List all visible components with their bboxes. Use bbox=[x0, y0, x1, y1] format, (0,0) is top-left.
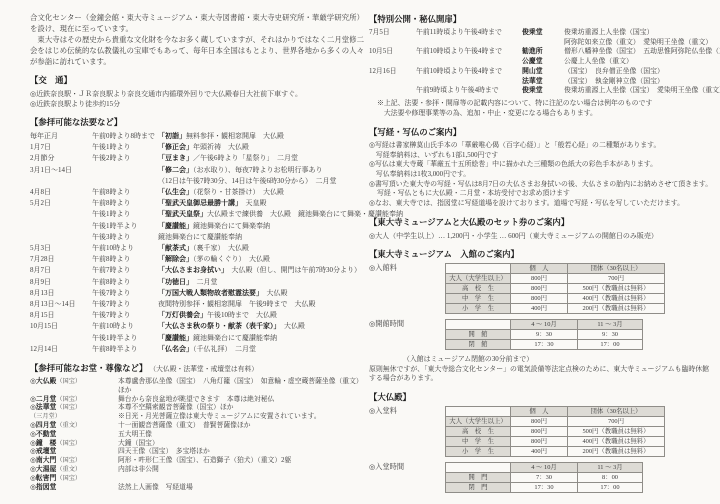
hall-grade: （国宝） bbox=[56, 440, 81, 447]
event-row: 7月28日 午前8時より 「解除会」（茅の輪くぐり） 大仏殿 bbox=[30, 254, 364, 265]
daibutsuden-fee-group: 400円（教職員は無料） bbox=[568, 437, 665, 447]
event-description: 「聖武天皇祭」大仏殿まで練供養 大仏殿 鏡池舞楽台にて舞楽・慶讃能奉納 bbox=[158, 209, 403, 220]
special-time bbox=[416, 38, 522, 48]
event-row: 5月3日 午前10時より 「献茶式」（裏千家） 大仏殿 bbox=[30, 243, 364, 254]
museum-fee-group: 200円（教職員は無料） bbox=[568, 303, 665, 313]
museum-notes: （入館はミュージアム閉館の30分前まで） 原則無休ですが、「東大寺総合文化センタ… bbox=[369, 355, 713, 384]
event-row: （12日は午後7時30分、14日は午後6時30分から） 二月堂 bbox=[30, 176, 364, 187]
event-date: 8月15日 bbox=[30, 310, 92, 321]
section-special-title: 【特別公開・秘仏開扉】 bbox=[369, 14, 713, 25]
special-time: 午前10時頃より午後4時まで bbox=[416, 47, 522, 57]
daibutsuden-hours-summer: 17：30 bbox=[511, 483, 578, 493]
event-name: 「万国大戦人類物故者慰霊法要」 bbox=[158, 289, 260, 297]
hall-name-text: ◎鐘 楼 bbox=[30, 440, 56, 447]
museum-fee-category: 小 学 生 bbox=[446, 303, 511, 313]
museum-fee-row: 小 学 生 400円 200円（教職員は無料） bbox=[446, 303, 665, 313]
special-note-line: 大法要や修理事業等の為、追加・中止・変更になる場合もあります。 bbox=[369, 109, 713, 119]
section-museum-title: 【東大寺ミュージアム 入館のご案内】 bbox=[369, 249, 713, 260]
section-halls-title: 【参拝可能なお堂・尊像など】 （大仏殿・法華堂・戒壇堂は有料） bbox=[30, 363, 364, 375]
hall-row: ◎大湯屋（重文） 内部は非公開 bbox=[30, 466, 364, 475]
museum-fee-individual: 800円 bbox=[511, 273, 568, 283]
event-detail: 二月堂 bbox=[190, 278, 218, 286]
museum-fee-header-group: 団体（30名以上） bbox=[568, 263, 665, 273]
daibutsuden-fee-row: 大人（大学生以上） 800円 700円 bbox=[446, 417, 665, 427]
event-date: 3月1日～14日 bbox=[30, 165, 92, 176]
event-name: 「豆まき」 bbox=[158, 154, 193, 162]
special-date bbox=[369, 57, 416, 67]
museum-hours-table: 4 ～ 10月 11 ～ 3月 開 館 9：30 9：30 閉 館 bbox=[445, 319, 643, 350]
daibutsuden-fee-group: 500円（教職員は無料） bbox=[568, 427, 665, 437]
special-time bbox=[416, 77, 522, 87]
museum-hours-type: 開 館 bbox=[446, 329, 511, 339]
museum-fee-group: 700円 bbox=[568, 273, 665, 283]
special-hall: 開山堂 bbox=[522, 67, 564, 77]
event-date bbox=[30, 176, 92, 187]
access-list: ◎近鉄奈良駅・ＪＲ奈良駅より奈良交通市内循環外回りで大仏殿春日大社前下車すぐ。 … bbox=[30, 89, 364, 109]
daibutsuden-fee-category: 大人（大学生以上） bbox=[446, 417, 511, 427]
event-date bbox=[30, 209, 92, 220]
daibutsuden-fee-group: 700円 bbox=[568, 417, 665, 427]
right-column: 【特別公開・秘仏開扉】 7月5日 午前11時頃より午後4時まで 俊乗堂 俊乗坊重… bbox=[369, 14, 713, 498]
event-detail: 大仏殿（但し、開門は午前7時30分より） bbox=[225, 266, 362, 274]
event-time: 午後1時より bbox=[92, 142, 158, 153]
event-time: 午前10時より bbox=[92, 243, 158, 254]
museum-fee-row: 中 学 生 800円 400円（教職員は無料） bbox=[446, 293, 665, 303]
daibutsuden-fee-row: 高 校 生 800円 500円（教職員は無料） bbox=[446, 427, 665, 437]
special-statues: 俊乗坊重源上人坐像（国宝） 愛染明王坐像（重文） bbox=[564, 86, 720, 96]
museum-fee-individual: 400円 bbox=[511, 303, 568, 313]
special-statues: 公慶上人坐像（重文） bbox=[564, 57, 713, 67]
hall-name-text: ◎二月堂 bbox=[30, 396, 56, 403]
event-time: 午後1時より bbox=[92, 209, 158, 220]
museum-hours-header-summer: 4 ～ 10月 bbox=[511, 319, 578, 329]
museum-fee-header-individual: 個 人 bbox=[511, 263, 568, 273]
hall-row: ◎戒壇堂 四天王像（国宝） 多宝塔ほか bbox=[30, 448, 364, 457]
event-detail: （千仏礼拝） 二月堂 bbox=[193, 345, 256, 353]
shakyo-line: ◎写仏は東大寺蔵「華厳五十五所絵巻」中に描かれた三種類の色紙大の彩色手本がありま… bbox=[369, 160, 713, 170]
daibutsuden-fee-individual: 800円 bbox=[511, 427, 568, 437]
left-column: 合文化センター（金鐘会館・東大寺ミュージアム・東大寺図書館・東大寺史研究所・華厳… bbox=[30, 12, 364, 492]
section-events-title: 【参拝可能な法要など】 bbox=[30, 117, 364, 128]
event-name: 「慶讃能」 bbox=[158, 334, 193, 342]
hall-name-text: ◎四月堂 bbox=[30, 422, 56, 429]
museum-hours-block: ◎開館時間 4 ～ 10月 11 ～ 3月 開 館 9：30 9 bbox=[369, 319, 713, 350]
event-description: 「修正会」年頭祈祷 大仏殿 bbox=[158, 142, 364, 153]
hall-name-text: ◎南大門 bbox=[30, 457, 56, 464]
event-detail: 大仏殿 bbox=[260, 289, 288, 297]
event-time: 午後2時より bbox=[92, 153, 158, 164]
hall-name-text: ◎不動堂 bbox=[30, 431, 56, 438]
hall-name-text: ◎大湯屋 bbox=[30, 466, 56, 473]
special-statues: 阿弥陀如来立像（重文） 愛染明王坐像（重文） bbox=[564, 38, 713, 48]
shakyo-line: 写経奉納料は、いずれも1部1,500円です bbox=[369, 151, 713, 161]
event-time: 午前10時より bbox=[92, 321, 158, 332]
hall-grade: （国宝） bbox=[56, 475, 81, 482]
event-row: 8月13日 午後7時より 「万国大戦人類物故者慰霊法要」 大仏殿 bbox=[30, 288, 364, 299]
event-date: 2月節分 bbox=[30, 153, 92, 164]
shakyo-line: 写仏奉納料は1枚3,000円です。 bbox=[369, 170, 713, 180]
event-time: 午前8時より bbox=[92, 277, 158, 288]
event-row: 8月7日 午前7時より 「大仏さまお身拭い」 大仏殿（但し、開門は午前7時30分… bbox=[30, 265, 364, 276]
museum-fee-row: 大人（大学生以上） 800円 700円 bbox=[446, 273, 665, 283]
hall-grade: （重文） bbox=[56, 466, 81, 473]
event-row: 10月15日 午前10時より 「大仏さま秋の祭り・献茶（表千家）」 大仏殿 bbox=[30, 321, 364, 332]
event-date: 10月15日 bbox=[30, 321, 92, 332]
event-date bbox=[30, 232, 92, 243]
daibutsuden-hours-header-winter: 11 ～ 3月 bbox=[578, 463, 643, 473]
shakyo-list: ◎写経は書家榊莫山氏手本の「華厳唯心偈（百字心経）」と「般若心経」の二種類があり… bbox=[369, 141, 713, 209]
halls-list: ◎大仏殿（国宝） 本尊盧舎那仏坐像（国宝） 八角灯籠（国宝） 如意輪・虚空蔵菩薩… bbox=[30, 378, 364, 492]
event-name: 「大仏さまお身拭い」 bbox=[158, 266, 225, 274]
museum-fee-individual: 800円 bbox=[511, 293, 568, 303]
hall-grade: （重文） bbox=[56, 422, 81, 429]
event-detail: 鏡池舞楽台にて慶讃能奉納 bbox=[158, 233, 242, 241]
set-ticket-price-line: ◎大人（中学生以上）… 1,200円・小学生 … 600円（東大寺ミュージアムの… bbox=[369, 231, 713, 241]
daibutsuden-fee-row: 中 学 生 800円 400円（教職員は無料） bbox=[446, 437, 665, 447]
event-date: 5月2日 bbox=[30, 198, 92, 209]
daibutsuden-hours-winter: 17：00 bbox=[578, 483, 643, 493]
event-time: 午前8時半より bbox=[92, 344, 158, 355]
event-description: 「初詣」無料参拝・観相窓開扉 大仏殿 bbox=[158, 131, 364, 142]
daibutsuden-fee-individual: 800円 bbox=[511, 437, 568, 447]
hall-name: ◎南大門（国宝） bbox=[30, 457, 118, 466]
hall-name: ◎四月堂（重文） bbox=[30, 422, 118, 431]
hall-row: ◎指図堂 法然上人画像 写経道場 bbox=[30, 484, 364, 493]
hall-name: ◎指図堂 bbox=[30, 484, 118, 493]
hall-name: ◎転害門（国宝） bbox=[30, 475, 118, 484]
event-description: 「大仏さま秋の祭り・献茶（表千家）」 大仏殿 bbox=[158, 321, 364, 332]
daibutsuden-fee-header-blank bbox=[446, 407, 511, 417]
special-statues: 俊乗坊重源上人坐像（国宝） bbox=[564, 28, 713, 38]
daibutsuden-hours-type: 閉 門 bbox=[446, 483, 511, 493]
event-date: 8月13日～14日 bbox=[30, 299, 92, 310]
daibutsuden-fee-block: ◎入堂料 個 人 団体（30名以上） 大人（大学生以上） 800円 bbox=[369, 406, 713, 457]
event-date: 12月14日 bbox=[30, 344, 92, 355]
hall-description: 十一面観音菩薩像（重文） 普賢菩薩像ほか bbox=[118, 422, 364, 431]
event-description: 「豆まき」／午後6時より「星祭り」 二月堂 bbox=[158, 153, 364, 164]
hall-row: ◎大仏殿（国宝） 本尊盧舎那仏坐像（国宝） 八角灯籠（国宝） 如意輪・虚空蔵菩薩… bbox=[30, 378, 364, 396]
daibutsuden-fee-individual: 400円 bbox=[511, 447, 568, 457]
special-date: 7月5日 bbox=[369, 28, 416, 38]
event-row: 毎年正月 午前0時より8時まで 「初詣」無料参拝・観相窓開扉 大仏殿 bbox=[30, 131, 364, 142]
event-detail: （裏千家） 大仏殿 bbox=[193, 244, 249, 252]
event-detail: 鏡池舞楽台にて舞楽奉納 bbox=[193, 222, 270, 230]
event-date: 8月13日 bbox=[30, 288, 92, 299]
museum-hours-row: 開 館 9：30 9：30 bbox=[446, 329, 643, 339]
daibutsuden-fee-group: 200円（教職員は無料） bbox=[568, 447, 665, 457]
daibutsuden-fee-individual: 800円 bbox=[511, 417, 568, 427]
event-time: 午後3時より bbox=[92, 232, 158, 243]
hall-name: ◎戒壇堂 bbox=[30, 448, 118, 457]
special-opening-row: 12月16日 午前10時頃より午後4時まで 開山堂 （国宝） 良弁僧正坐像（国宝… bbox=[369, 67, 713, 77]
event-description: 「慶讃能」鏡池舞楽台にて慶讃能奉納 bbox=[158, 333, 364, 344]
access-item: ◎近鉄奈良駅より徒歩約15分 bbox=[30, 99, 364, 109]
museum-note-line: 原則無休ですが、「東大寺総合文化センター」の電気設備等法定点検のために、東大寺ミ… bbox=[369, 365, 713, 385]
special-hall bbox=[522, 38, 564, 48]
intro-paragraph-1: 合文化センター（金鐘会館・東大寺ミュージアム・東大寺図書館・東大寺史研究所・華厳… bbox=[30, 12, 364, 34]
document-page: 合文化センター（金鐘会館・東大寺ミュージアム・東大寺図書館・東大寺史研究所・華厳… bbox=[0, 0, 720, 504]
event-name: 「献茶式」 bbox=[158, 244, 193, 252]
event-time bbox=[92, 176, 158, 187]
hall-name: （三月堂） bbox=[30, 413, 118, 422]
event-detail: 無料参拝・観相窓開扉 大仏殿 bbox=[186, 132, 284, 140]
event-row: 午後1時半より 「慶讃能」鏡池舞楽台にて舞楽奉納 bbox=[30, 221, 364, 232]
special-time: 午前11時頃より午後4時まで bbox=[416, 28, 522, 38]
museum-fee-row: 高 校 生 800円 500円（教職員は無料） bbox=[446, 283, 665, 293]
shakyo-line: ◎書写頂いた東大寺の写経・写仏は8月7日の大仏さまお身拭いの後、大仏さまの胎内に… bbox=[369, 180, 713, 199]
special-date bbox=[369, 77, 416, 87]
daibutsuden-hours-type: 開 門 bbox=[446, 473, 511, 483]
event-row: 4月8日 午前8時より 「仏生会」（花祭り・甘茶掛け） 大仏殿 bbox=[30, 187, 364, 198]
event-detail: 年頭祈祷 大仏殿 bbox=[193, 143, 249, 151]
event-time: 午前8時より bbox=[92, 254, 158, 265]
hall-description: 内部は非公開 bbox=[118, 466, 364, 475]
event-detail: ／午後6時より「星祭り」 二月堂 bbox=[193, 154, 298, 162]
event-date: 4月8日 bbox=[30, 187, 92, 198]
museum-hours-summer: 17：30 bbox=[511, 339, 578, 349]
event-date: 8月9日 bbox=[30, 277, 92, 288]
event-detail: （茅の輪くぐり） 大仏殿 bbox=[193, 255, 270, 263]
event-name: 「聖武天皇御忌最勝十講」 bbox=[158, 199, 239, 207]
daibutsuden-hours-summer: 7：30 bbox=[511, 473, 578, 483]
daibutsuden-fee-category: 中 学 生 bbox=[446, 437, 511, 447]
museum-hours-winter: 17：00 bbox=[578, 339, 643, 349]
special-date: 12月16日 bbox=[369, 67, 416, 77]
special-hall: 公慶堂 bbox=[522, 57, 564, 67]
hall-description: 本尊盧舎那仏坐像（国宝） 八角灯籠（国宝） 如意輪・虚空蔵菩薩坐像（重文）ほか bbox=[118, 378, 364, 396]
event-description: 「献茶式」（裏千家） 大仏殿 bbox=[158, 243, 364, 254]
event-name: 「修二会」 bbox=[158, 166, 193, 174]
museum-hours-winter: 9：30 bbox=[578, 329, 643, 339]
event-row: 8月15日 午後7時より 「万灯供養会」午後10時まで 大仏殿 bbox=[30, 310, 364, 321]
special-opening-row: 阿弥陀如来立像（重文） 愛染明王坐像（重文） bbox=[369, 38, 713, 48]
event-description: 「万灯供養会」午後10時まで 大仏殿 bbox=[158, 310, 364, 321]
daibutsuden-hours-header-summer: 4 ～ 10月 bbox=[511, 463, 578, 473]
event-detail: 天皇殿 bbox=[239, 199, 267, 207]
museum-fee-table: 個 人 団体（30名以上） 大人（大学生以上） 800円 700円 bbox=[445, 263, 665, 314]
event-time: 午前8時より bbox=[92, 198, 158, 209]
intro-paragraph-2: 東大寺はその歴史から貴重な文化財を今なお多く蔵していますが、それはかりではなく二… bbox=[30, 34, 364, 67]
daibutsuden-hours-block: ◎入堂時間 4 ～ 10月 11 ～ 3月 開 門 7：30 8 bbox=[369, 462, 713, 493]
special-hall: 俊乗堂 bbox=[522, 86, 564, 96]
event-detail: 午後10時まで 大仏殿 bbox=[207, 311, 277, 319]
hall-grade: （三月堂） bbox=[30, 413, 61, 420]
event-description: 「仏名会」（千仏礼拝） 二月堂 bbox=[158, 344, 364, 355]
event-row: 1月7日 午後1時より 「修正会」年頭祈祷 大仏殿 bbox=[30, 142, 364, 153]
special-opening-row: 午前9時頃より午後4時まで 俊乗堂 俊乗坊重源上人坐像（国宝） 愛染明王坐像（重… bbox=[369, 86, 713, 96]
hall-name: ◎法華堂（国宝） bbox=[30, 404, 118, 413]
museum-fee-label: ◎入館料 bbox=[369, 263, 445, 273]
hall-row: ◎法華堂（国宝） 本尊不空羂索観音菩薩像（国宝）ほか bbox=[30, 404, 364, 413]
event-name: 「慶讃能」 bbox=[158, 222, 193, 230]
hall-name: ◎不動堂 bbox=[30, 431, 118, 440]
special-opening-row: 公慶堂 公慶上人坐像（重文） bbox=[369, 57, 713, 67]
event-date: 5月3日 bbox=[30, 243, 92, 254]
hall-name-text: ◎指図堂 bbox=[30, 484, 56, 491]
special-hall: 勧進所 bbox=[522, 47, 564, 57]
event-detail: 夜間特別参拝・観相窓開扉 午後9時まで 大仏殿 bbox=[158, 300, 316, 308]
event-name: 「初詣」 bbox=[158, 132, 186, 140]
hall-grade: （国宝） bbox=[56, 404, 81, 411]
daibutsuden-fee-header-individual: 個 人 bbox=[511, 407, 568, 417]
special-hall: 法華堂 bbox=[522, 77, 564, 87]
event-time: 午前7時より bbox=[92, 265, 158, 276]
event-name: 「修正会」 bbox=[158, 143, 193, 151]
museum-fee-category: 中 学 生 bbox=[446, 293, 511, 303]
special-time: 午前10時頃より午後4時まで bbox=[416, 67, 522, 77]
hall-row: ◎四月堂（重文） 十一面観音菩薩像（重文） 普賢菩薩像ほか bbox=[30, 422, 364, 431]
special-opening-row: 法華堂 （国宝） 執金剛神立像（国宝） bbox=[369, 77, 713, 87]
museum-hours-header-winter: 11 ～ 3月 bbox=[578, 319, 643, 329]
hall-row: （三月堂） ※日光・月光菩薩立像は東大寺ミュージアムに安置されています。 bbox=[30, 413, 364, 422]
event-time bbox=[92, 165, 158, 176]
daibutsuden-hours-table: 4 ～ 10月 11 ～ 3月 開 門 7：30 8：00 閉 門 bbox=[445, 462, 643, 493]
daibutsuden-fee-table: 個 人 団体（30名以上） 大人（大学生以上） 800円 700円 bbox=[445, 406, 665, 457]
hall-description: ※日光・月光菩薩立像は東大寺ミュージアムに安置されています。 bbox=[118, 413, 364, 422]
special-note-line: ※上記、法要・参拝・開扉等の記載内容について、特に注記のない場合は例年のものです bbox=[369, 99, 713, 109]
daibutsuden-hours-row: 開 門 7：30 8：00 bbox=[446, 473, 643, 483]
event-description: 「修二会」（お水取り）、毎夜7時よりお松明行事あり bbox=[158, 165, 364, 176]
daibutsuden-fee-category: 高 校 生 bbox=[446, 427, 511, 437]
hall-name-text: ◎戒壇堂 bbox=[30, 448, 56, 455]
event-row: 3月1日～14日 「修二会」（お水取り）、毎夜7時よりお松明行事あり bbox=[30, 165, 364, 176]
event-name: 「仏名会」 bbox=[158, 345, 193, 353]
special-date bbox=[369, 38, 416, 48]
special-openings-list: 7月5日 午前11時頃より午後4時まで 俊乗堂 俊乗坊重源上人坐像（国宝） 阿弥… bbox=[369, 28, 713, 96]
events-list: 毎年正月 午前0時より8時まで 「初詣」無料参拝・観相窓開扉 大仏殿 1月7日 … bbox=[30, 131, 364, 355]
hall-name-text: ◎法華堂 bbox=[30, 404, 56, 411]
hall-grade: （国宝） bbox=[56, 396, 81, 403]
daibutsuden-fee-label: ◎入堂料 bbox=[369, 406, 445, 416]
daibutsuden-fee-header-group: 団体（30名以上） bbox=[568, 407, 665, 417]
hall-description: 阿形・吽形仁王像（国宝）、石造獅子（狛犬）（重文）2躯 bbox=[118, 457, 364, 466]
event-date bbox=[30, 221, 92, 232]
special-date: 10月5日 bbox=[369, 47, 416, 57]
halls-title-text: 【参拝可能なお堂・尊像など】 bbox=[30, 364, 147, 373]
event-time: 午前0時より8時まで bbox=[92, 131, 158, 142]
daibutsuden-hours-label: ◎入堂時間 bbox=[369, 462, 445, 472]
shakyo-line: ◎なお、東大寺では、指図堂に写経道場を設けております。道場で写経・写仏を写してい… bbox=[369, 199, 713, 209]
museum-hours-type: 閉 館 bbox=[446, 339, 511, 349]
hall-name-text: ◎転害門 bbox=[30, 475, 56, 482]
special-statues: 僧形八幡神坐像（国宝） 五劫思惟阿弥陀仏坐像（重文） bbox=[564, 47, 720, 57]
section-daibutsuden-title: 【大仏殿】 bbox=[369, 392, 713, 403]
daibutsuden-hours-header-blank bbox=[446, 463, 511, 473]
museum-fee-header-blank bbox=[446, 263, 511, 273]
museum-hours-label: ◎開館時間 bbox=[369, 319, 445, 329]
event-description: 「慶讃能」鏡池舞楽台にて舞楽奉納 bbox=[158, 221, 364, 232]
daibutsuden-fee-category: 小 学 生 bbox=[446, 447, 511, 457]
event-row: 午後1時より 「聖武天皇祭」大仏殿まで練供養 大仏殿 鏡池舞楽台にて舞楽・慶讃能… bbox=[30, 209, 364, 220]
event-description: 「大仏さまお身拭い」 大仏殿（但し、開門は午前7時30分より） bbox=[158, 265, 364, 276]
museum-hours-summer: 9：30 bbox=[511, 329, 578, 339]
special-statues: （国宝） 執金剛神立像（国宝） bbox=[564, 77, 713, 87]
event-detail: 大仏殿 bbox=[277, 322, 305, 330]
special-notes: ※上記、法要・参拝・開扉等の記載内容について、特に注記のない場合は例年のものです… bbox=[369, 99, 713, 119]
shakyo-line: ◎写経は書家榊莫山氏手本の「華厳唯心偈（百字心経）」と「般若心経」の二種類があり… bbox=[369, 141, 713, 151]
daibutsuden-hours-winter: 8：00 bbox=[578, 473, 643, 483]
event-description: 「聖武天皇御忌最勝十講」 天皇殿 bbox=[158, 198, 364, 209]
museum-hours-header-blank bbox=[446, 319, 511, 329]
special-hall: 俊乗堂 bbox=[522, 28, 564, 38]
event-description: 「功徳日」 二月堂 bbox=[158, 277, 364, 288]
hall-description bbox=[118, 475, 364, 484]
event-description: 「万国大戦人類物故者慰霊法要」 大仏殿 bbox=[158, 288, 364, 299]
event-time: 午前8時より bbox=[92, 187, 158, 198]
special-opening-row: 10月5日 午前10時頃より午後4時まで 勧進所 僧形八幡神坐像（国宝） 五劫思… bbox=[369, 47, 713, 57]
event-date bbox=[30, 333, 92, 344]
special-statues: （国宝） 良弁僧正坐像（国宝） bbox=[564, 67, 713, 77]
museum-fee-category: 高 校 生 bbox=[446, 283, 511, 293]
event-row: 2月節分 午後2時より 「豆まき」／午後6時より「星祭り」 二月堂 bbox=[30, 153, 364, 164]
event-time: 午後7時より bbox=[92, 288, 158, 299]
hall-description: 法然上人画像 写経道場 bbox=[118, 484, 364, 493]
event-name: 「仏生会」 bbox=[158, 188, 193, 196]
hall-name: ◎大仏殿（国宝） bbox=[30, 378, 118, 396]
section-shakyo-title: 【写経・写仏のご案内】 bbox=[369, 127, 713, 138]
section-set-ticket-title: 【東大寺ミュージアムと大仏殿のセット券のご案内】 bbox=[369, 217, 713, 228]
event-description: 夜間特別参拝・観相窓開扉 午後9時まで 大仏殿 bbox=[158, 299, 364, 310]
special-date bbox=[369, 86, 416, 96]
hall-description: 四天王像（国宝） 多宝塔ほか bbox=[118, 448, 364, 457]
event-time: 午後1時半より bbox=[92, 333, 158, 344]
event-description: （12日は午後7時30分、14日は午後6時30分から） 二月堂 bbox=[158, 176, 364, 187]
event-name: 「解除会」 bbox=[158, 255, 193, 263]
event-detail: 鏡池舞楽台にて慶讃能奉納 bbox=[193, 334, 277, 342]
event-time: 午後7時より bbox=[92, 299, 158, 310]
event-name: 「万灯供養会」 bbox=[158, 311, 207, 319]
event-date: 7月28日 bbox=[30, 254, 92, 265]
event-description: 「解除会」（茅の輪くぐり） 大仏殿 bbox=[158, 254, 364, 265]
event-row: 8月13日～14日 午後7時より 夜間特別参拝・観相窓開扉 午後9時まで 大仏殿 bbox=[30, 299, 364, 310]
hall-description: 五大明王像 bbox=[118, 431, 364, 440]
access-item: ◎近鉄奈良駅・ＪＲ奈良駅より奈良交通市内循環外回りで大仏殿春日大社前下車すぐ。 bbox=[30, 89, 364, 99]
halls-title-note: （大仏殿・法華堂・戒壇堂は有料） bbox=[149, 366, 258, 373]
event-row: 8月9日 午前8時より 「功徳日」 二月堂 bbox=[30, 277, 364, 288]
event-date: 毎年正月 bbox=[30, 131, 92, 142]
event-name: 「大仏さま秋の祭り・献茶（表千家）」 bbox=[158, 322, 277, 330]
museum-fee-group: 500円（教職員は無料） bbox=[568, 283, 665, 293]
hall-name: ◎大湯屋（重文） bbox=[30, 466, 118, 475]
event-date: 8月7日 bbox=[30, 265, 92, 276]
event-detail: （花祭り・甘茶掛け） 大仏殿 bbox=[193, 188, 284, 196]
museum-fee-block: ◎入館料 個 人 団体（30名以上） 大人（大学生以上） 800円 bbox=[369, 263, 713, 314]
hall-grade: （国宝） bbox=[56, 457, 81, 464]
daibutsuden-fee-row: 小 学 生 400円 200円（教職員は無料） bbox=[446, 447, 665, 457]
event-row: 12月14日 午前8時半より 「仏名会」（千仏礼拝） 二月堂 bbox=[30, 344, 364, 355]
event-detail: （お水取り）、毎夜7時よりお松明行事あり bbox=[193, 166, 323, 174]
hall-name-text: ◎大仏殿 bbox=[30, 378, 56, 385]
special-opening-row: 7月5日 午前11時頃より午後4時まで 俊乗堂 俊乗坊重源上人坐像（国宝） bbox=[369, 28, 713, 38]
event-date: 1月7日 bbox=[30, 142, 92, 153]
daibutsuden-hours-row: 閉 門 17：30 17：00 bbox=[446, 483, 643, 493]
event-name: 「功徳日」 bbox=[158, 278, 190, 286]
hall-description: 本尊不空羂索観音菩薩像（国宝）ほか bbox=[118, 404, 364, 413]
museum-note-line: （入館はミュージアム閉館の30分前まで） bbox=[369, 355, 713, 365]
hall-row: ◎不動堂 五大明王像 bbox=[30, 431, 364, 440]
event-name: 「聖武天皇祭」 bbox=[158, 210, 207, 218]
event-row: 午後1時半より 「慶讃能」鏡池舞楽台にて慶讃能奉納 bbox=[30, 333, 364, 344]
event-description: 鏡池舞楽台にて慶讃能奉納 bbox=[158, 232, 364, 243]
special-time bbox=[416, 57, 522, 67]
event-time: 午後1時半より bbox=[92, 221, 158, 232]
event-row: 午後3時より 鏡池舞楽台にて慶讃能奉納 bbox=[30, 232, 364, 243]
section-access-title: 【交 通】 bbox=[30, 75, 364, 86]
event-time: 午後7時より bbox=[92, 310, 158, 321]
hall-row: ◎転害門（国宝） bbox=[30, 475, 364, 484]
museum-hours-row: 閉 館 17：30 17：00 bbox=[446, 339, 643, 349]
museum-fee-individual: 800円 bbox=[511, 283, 568, 293]
